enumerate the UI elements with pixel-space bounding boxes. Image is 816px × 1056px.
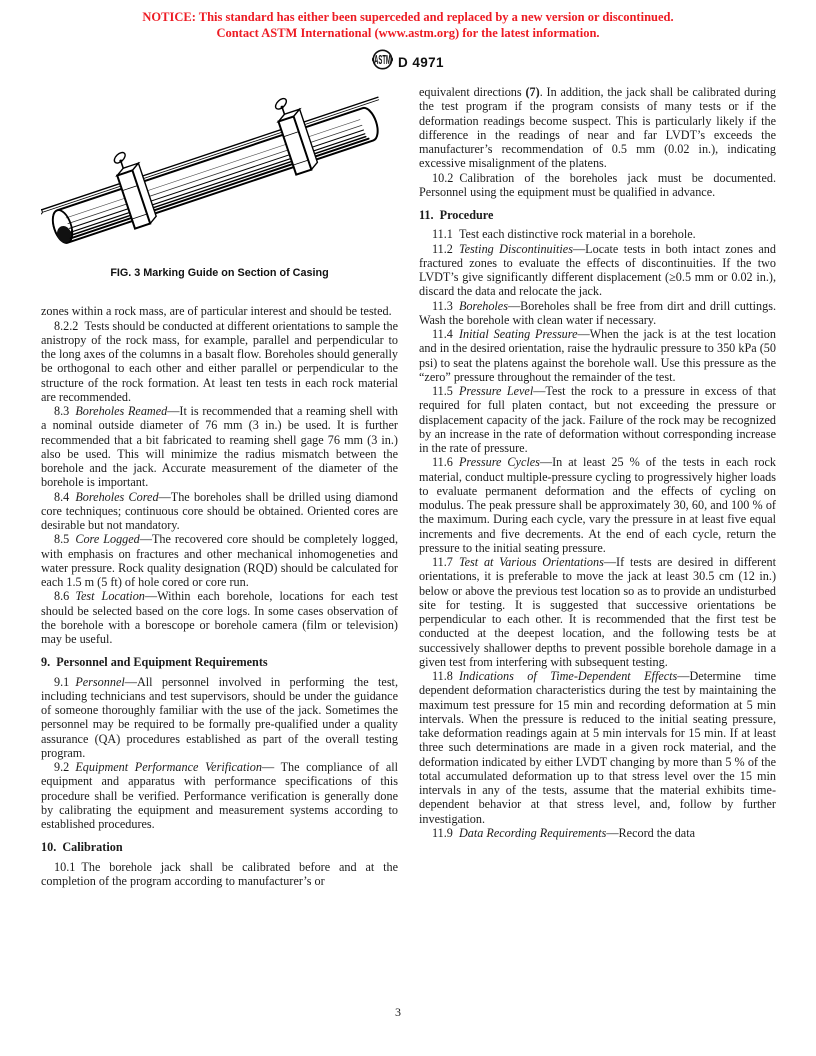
figure-3-caption: FIG. 3 Marking Guide on Section of Casin… bbox=[41, 266, 398, 280]
body-paragraph: 11.8 Indications of Time-Dependent Effec… bbox=[419, 669, 776, 826]
left-column: FIG. 3 Marking Guide on Section of Casin… bbox=[41, 85, 398, 888]
notice-line-1: NOTICE: This standard has either been su… bbox=[0, 9, 816, 25]
marking-guide-figure-image bbox=[41, 85, 397, 261]
body-paragraph: 11.7 Test at Various Orientations—If tes… bbox=[419, 555, 776, 669]
document-page: NOTICE: This standard has either been su… bbox=[0, 0, 816, 1056]
two-column-body: FIG. 3 Marking Guide on Section of Casin… bbox=[0, 75, 816, 888]
discontinuation-notice: NOTICE: This standard has either been su… bbox=[0, 0, 816, 41]
body-paragraph: 8.3 Boreholes Reamed—It is recommended t… bbox=[41, 404, 398, 490]
standard-number: D 4971 bbox=[398, 55, 444, 70]
body-paragraph: 8.5 Core Logged—The recovered core shoul… bbox=[41, 532, 398, 589]
body-paragraph: 8.2.2 Tests should be conducted at diffe… bbox=[41, 319, 398, 405]
svg-text:ASTM: ASTM bbox=[374, 54, 391, 68]
body-paragraph: 9.1 Personnel—All personnel involved in … bbox=[41, 675, 398, 761]
body-paragraph: 8.6 Test Location—Within each borehole, … bbox=[41, 589, 398, 646]
body-paragraph: zones within a rock mass, are of particu… bbox=[41, 304, 398, 318]
page-number: 3 bbox=[0, 1005, 796, 1020]
body-paragraph: 11.1 Test each distinctive rock material… bbox=[419, 227, 776, 241]
figure-3-block: FIG. 3 Marking Guide on Section of Casin… bbox=[41, 85, 398, 280]
body-paragraph: 11.4 Initial Seating Pressure—When the j… bbox=[419, 327, 776, 384]
body-paragraph: equivalent directions (7). In addition, … bbox=[419, 85, 776, 171]
body-paragraph: 11.6 Pressure Cycles—In at least 25 % of… bbox=[419, 455, 776, 555]
right-column-text: equivalent directions (7). In addition, … bbox=[419, 85, 776, 840]
section-heading: 10. Calibration bbox=[41, 840, 398, 854]
body-paragraph: 8.4 Boreholes Cored—The boreholes shall … bbox=[41, 490, 398, 533]
body-paragraph: 9.2 Equipment Performance Verification— … bbox=[41, 760, 398, 831]
standard-designation-row: ASTM D 4971 bbox=[0, 49, 816, 75]
astm-logo-icon: ASTM bbox=[372, 49, 393, 75]
section-heading: 11. Procedure bbox=[419, 208, 776, 222]
body-paragraph: 10.2 Calibration of the boreholes jack m… bbox=[419, 171, 776, 200]
body-paragraph: 11.3 Boreholes—Boreholes shall be free f… bbox=[419, 299, 776, 328]
section-heading: 9. Personnel and Equipment Requirements bbox=[41, 655, 398, 669]
body-paragraph: 11.5 Pressure Level—Test the rock to a p… bbox=[419, 384, 776, 455]
body-paragraph: 11.2 Testing Discontinuities—Locate test… bbox=[419, 242, 776, 299]
left-column-text: zones within a rock mass, are of particu… bbox=[41, 304, 398, 888]
body-paragraph: 11.9 Data Recording Requirements—Record … bbox=[419, 826, 776, 840]
right-column: equivalent directions (7). In addition, … bbox=[419, 85, 776, 888]
notice-line-2: Contact ASTM International (www.astm.org… bbox=[0, 25, 816, 41]
body-paragraph: 10.1 The borehole jack shall be calibrat… bbox=[41, 860, 398, 889]
